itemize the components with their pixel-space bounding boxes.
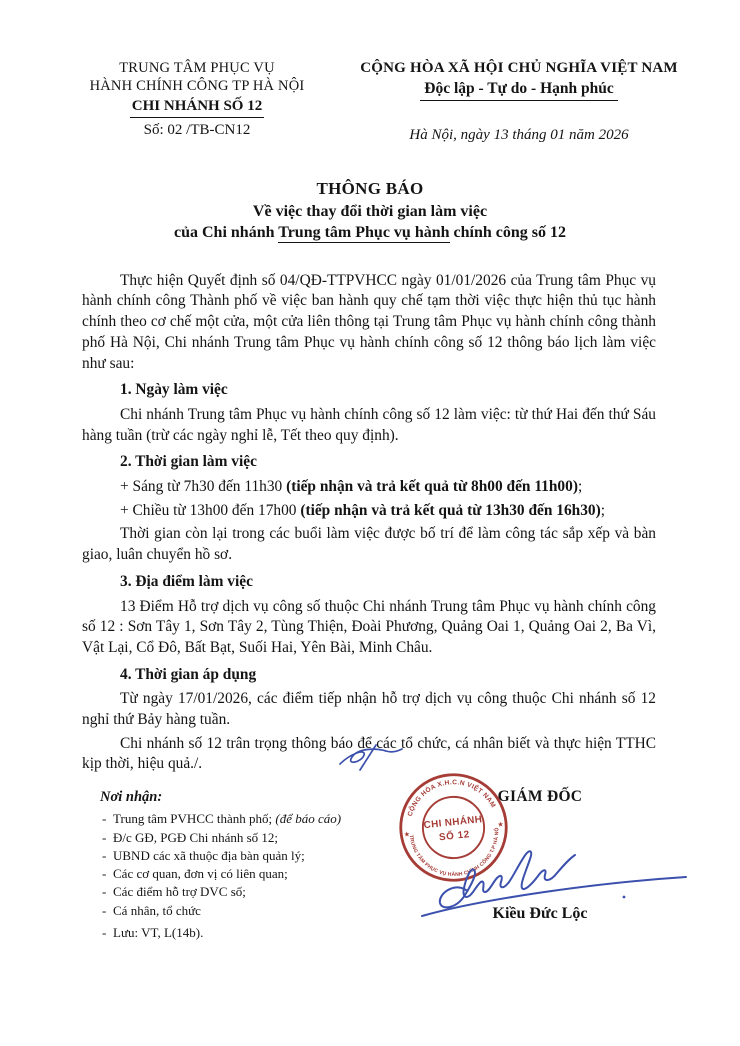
dateline: Hà Nội, ngày 13 tháng 01 năm 2026	[338, 127, 700, 144]
recipient-item: Trung tâm PVHCC thành phố; (để báo cáo)	[100, 810, 400, 827]
subtitle2-suffix: chính công số 12	[450, 224, 566, 241]
section3-heading: 3. Địa điểm làm việc	[82, 572, 656, 593]
section4-heading: 4. Thời gian áp dụng	[82, 665, 656, 686]
recipient-item: Cá nhân, tổ chức	[100, 902, 400, 919]
section1-heading: 1. Ngày làm việc	[82, 380, 656, 401]
title-block: THÔNG BÁO Về việc thay đổi thời gian làm…	[0, 178, 740, 244]
section2-afternoon-line: + Chiều từ 13h00 đến 17h00 (tiếp nhận và…	[82, 501, 656, 522]
afternoon-tail: ;	[601, 502, 605, 519]
afternoon-normal: + Chiều từ 13h00 đến 17h00	[120, 502, 300, 519]
recipients-label: Nơi nhận:	[100, 788, 400, 807]
morning-normal: + Sáng từ 7h30 đến 11h30	[120, 478, 286, 495]
signer-name: Kiều Đức Lộc	[400, 905, 680, 923]
recipient-text: Trung tâm PVHCC thành phố;	[113, 811, 275, 826]
document-body: Thực hiện Quyết định số 04/QĐ-TTPVHCC ng…	[0, 244, 740, 775]
document-subtitle: Về việc thay đổi thời gian làm việc	[0, 202, 740, 223]
section2-note: Thời gian còn lại trong các buổi làm việ…	[82, 524, 656, 565]
afternoon-bold: (tiếp nhận và trả kết quả từ 13h30 đến 1…	[300, 502, 600, 519]
recipient-item: UBND các xã thuộc địa bàn quản lý;	[100, 847, 400, 864]
recipient-item: Đ/c GĐ, PGĐ Chi nhánh số 12;	[100, 829, 400, 846]
closing-paragraph: Chi nhánh số 12 trân trọng thông báo để …	[82, 734, 656, 775]
document-page: TRUNG TÂM PHỤC VỤ HÀNH CHÍNH CÔNG TP HÀ …	[0, 0, 740, 1046]
section3-paragraph: 13 Điểm Hỗ trợ dịch vụ công số thuộc Chi…	[82, 597, 656, 659]
recipient-item: Các cơ quan, đơn vị có liên quan;	[100, 865, 400, 882]
signature-block: GIÁM ĐỐC Kiều Đức Lộc	[400, 788, 680, 923]
national-motto-line1: CỘNG HÒA XÃ HỘI CHỦ NGHĨA VIỆT NAM	[338, 60, 700, 77]
issuer-org-line1: TRUNG TÂM PHỤC VỤ	[56, 60, 338, 78]
subtitle2-prefix: của Chi nhánh	[174, 224, 278, 241]
morning-bold: (tiếp nhận và trả kết quả từ 8h00 đến 11…	[286, 478, 578, 495]
document-subtitle-2: của Chi nhánh Trung tâm Phục vụ hành chí…	[0, 223, 740, 244]
issuer-branch: CHI NHÁNH SỐ 12	[130, 97, 264, 118]
recipient-item: Lưu: VT, L(14b).	[100, 924, 400, 941]
recipients-list: Trung tâm PVHCC thành phố; (để báo cáo) …	[100, 810, 400, 941]
recipient-note: (để báo cáo)	[275, 811, 341, 826]
intro-paragraph: Thực hiện Quyết định số 04/QĐ-TTPVHCC ng…	[82, 271, 656, 375]
issuer-org-line2: HÀNH CHÍNH CÔNG TP HÀ NỘI	[56, 78, 338, 96]
section2-morning-line: + Sáng từ 7h30 đến 11h30 (tiếp nhận và t…	[82, 477, 656, 498]
recipient-item: Các điểm hỗ trợ DVC số;	[100, 883, 400, 900]
recipients-block: Nơi nhận: Trung tâm PVHCC thành phố; (để…	[100, 788, 400, 942]
subtitle2-underlined: Trung tâm Phục vụ hành	[278, 224, 449, 243]
issuer-block: TRUNG TÂM PHỤC VỤ HÀNH CHÍNH CÔNG TP HÀ …	[56, 60, 338, 144]
section1-paragraph: Chi nhánh Trung tâm Phục vụ hành chính c…	[82, 405, 656, 446]
signer-title: GIÁM ĐỐC	[400, 788, 680, 806]
document-title: THÔNG BÁO	[0, 178, 740, 200]
morning-tail: ;	[578, 478, 582, 495]
document-header: TRUNG TÂM PHỤC VỤ HÀNH CHÍNH CÔNG TP HÀ …	[0, 0, 740, 144]
national-header-block: CỘNG HÒA XÃ HỘI CHỦ NGHĨA VIỆT NAM Độc l…	[338, 60, 700, 144]
section2-heading: 2. Thời gian làm việc	[82, 452, 656, 473]
section4-paragraph: Từ ngày 17/01/2026, các điểm tiếp nhận h…	[82, 689, 656, 730]
national-motto-line2: Độc lập - Tự do - Hạnh phúc	[420, 79, 617, 101]
document-number: Số: 02 /TB-CN12	[56, 121, 338, 140]
